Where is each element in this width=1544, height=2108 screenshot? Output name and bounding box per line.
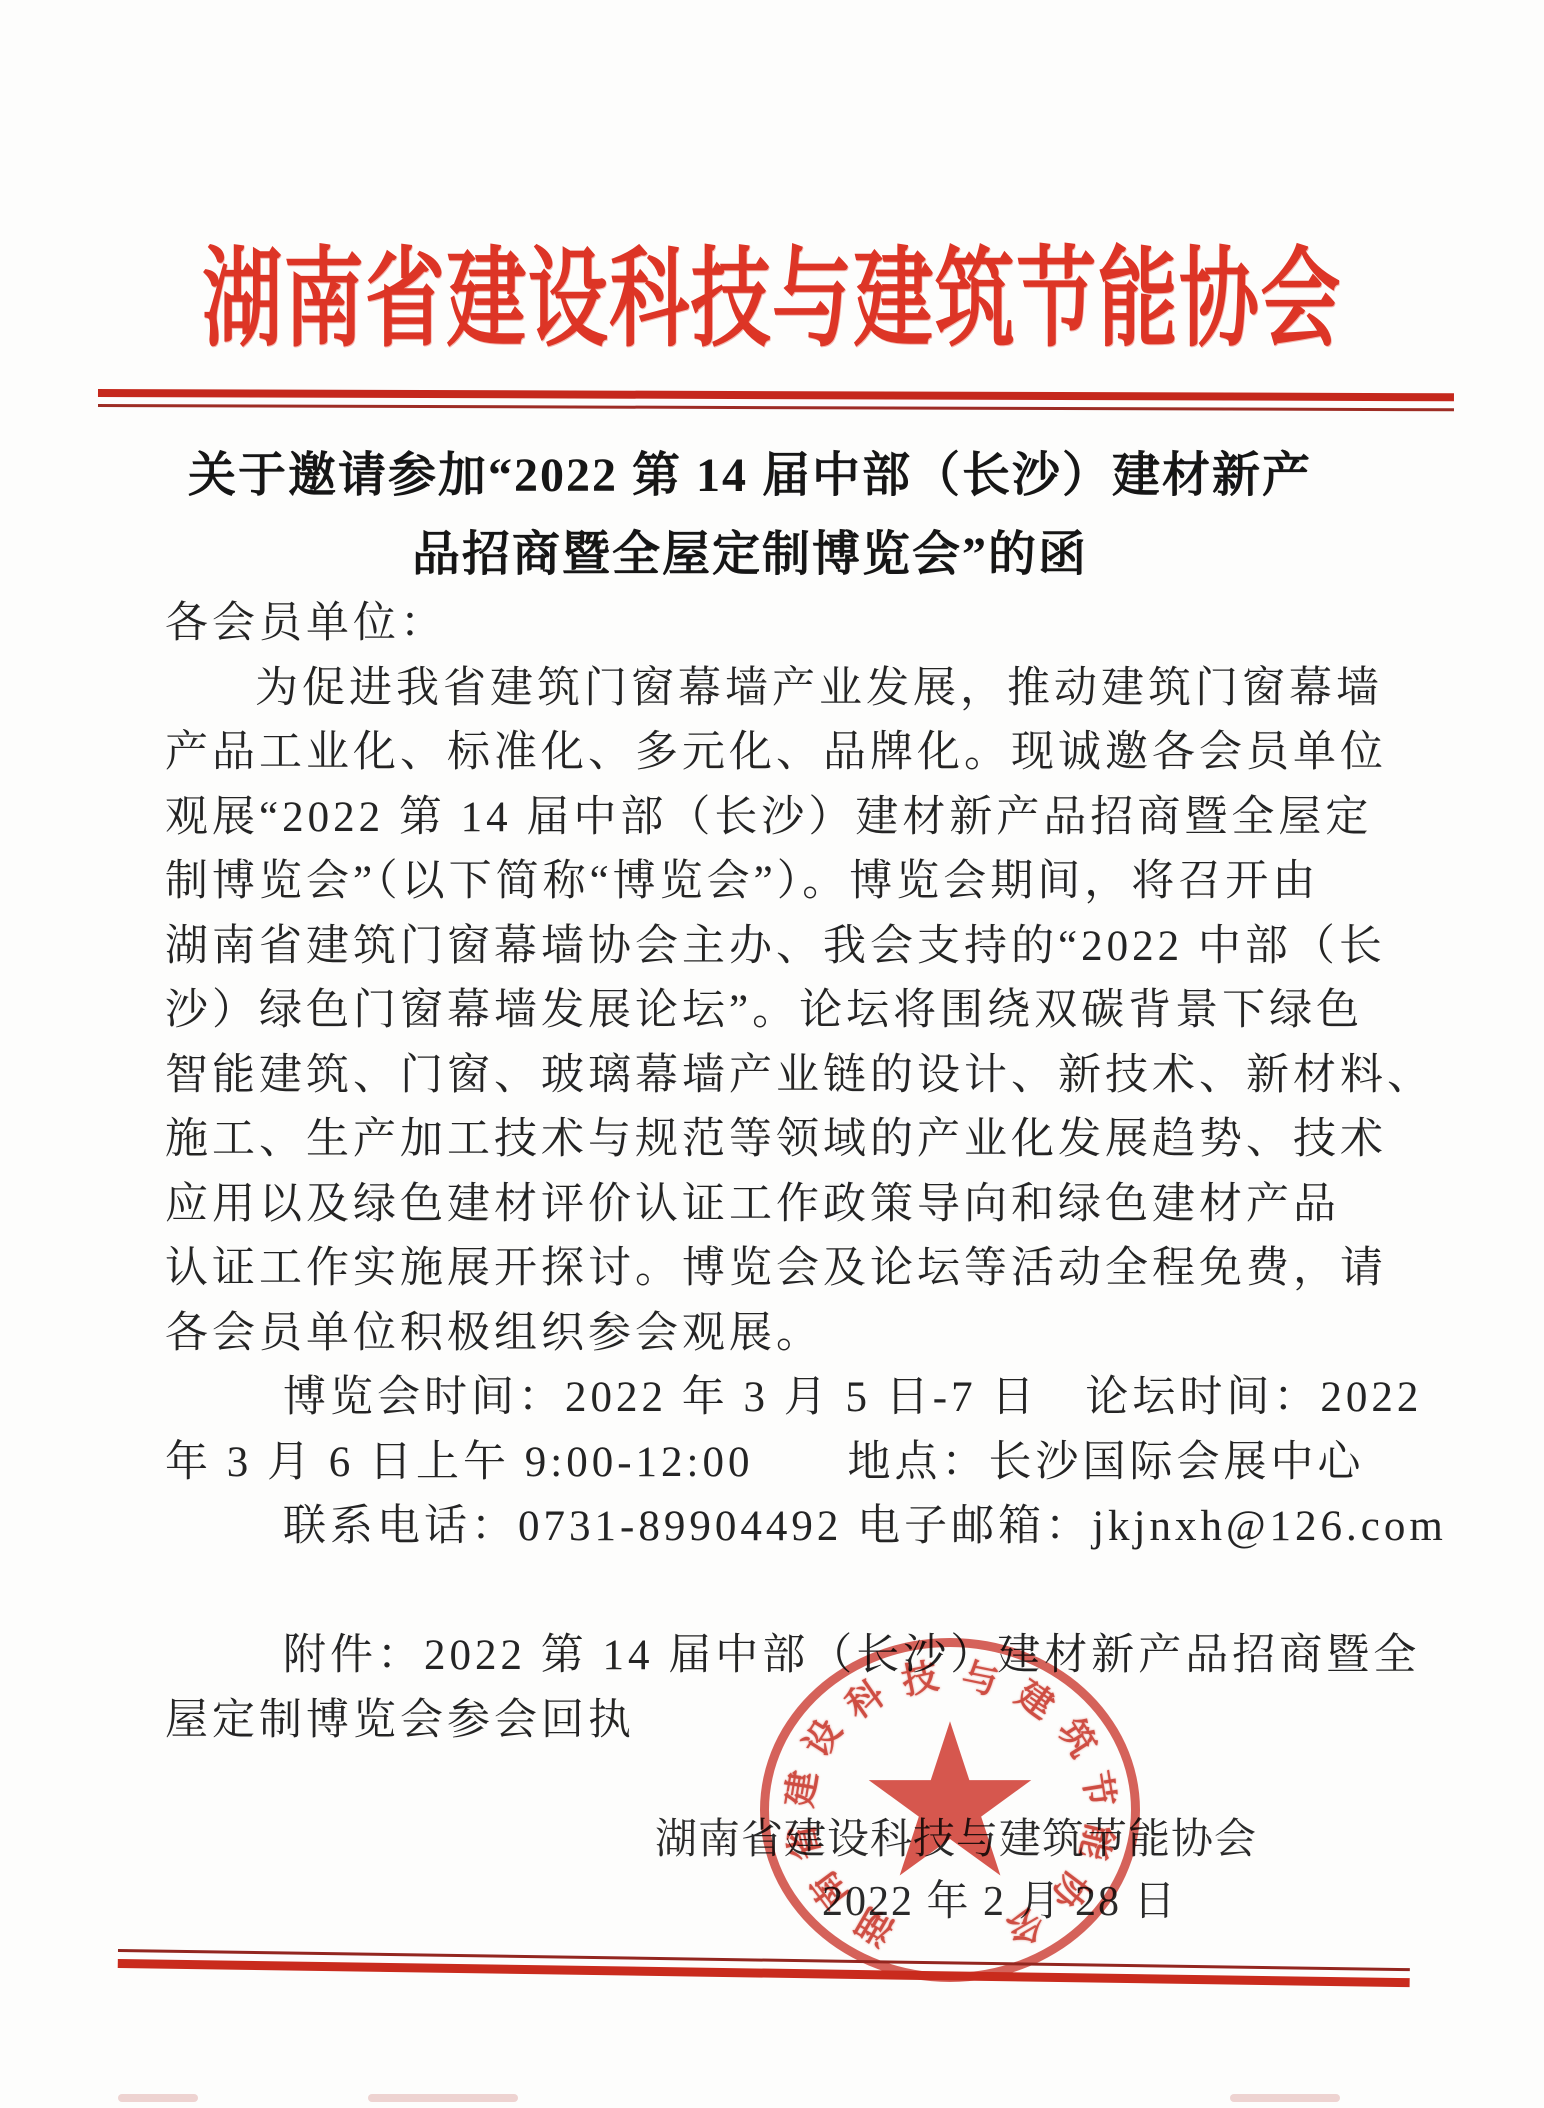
- body-line: 施工、生产加工技术与规范等领域的产业化发展趋势、技术: [165, 1108, 1380, 1173]
- scan-artifact: [368, 2094, 518, 2102]
- document-title-line1: 关于邀请参加“2022 第 14 届中部（长沙）建材新产: [0, 436, 1500, 515]
- scan-artifact: [1230, 2094, 1340, 2102]
- letterhead-rule-thin: [98, 404, 1454, 411]
- body-line: 智能建筑、门窗、玻璃幕墙产业链的设计、新技术、新材料、: [165, 1044, 1380, 1109]
- salutation: 各会员单位：: [165, 592, 1380, 657]
- star-icon: ★: [855, 1696, 1045, 1908]
- body-line: 湖南省建筑门窗幕墙协会主办、我会支持的“2022 中部（长: [165, 915, 1380, 980]
- footer-rule: [118, 1949, 1410, 1987]
- body-line: 应用以及绿色建材评价认证工作政策导向和绿色建材产品: [165, 1173, 1380, 1238]
- contact-line: 联系电话：0731-89904492 电子邮箱：jkjnxh@126.com: [165, 1495, 1380, 1560]
- letter-body: 各会员单位： 为促进我省建筑门窗幕墙产业发展，推动建筑门窗幕墙 产品工业化、标准…: [165, 592, 1380, 1753]
- document-title: 关于邀请参加“2022 第 14 届中部（长沙）建材新产 品招商暨全屋定制博览会…: [0, 436, 1500, 594]
- scan-artifact: [118, 2094, 198, 2102]
- letterhead-rule-thick: [98, 389, 1454, 401]
- forum-time-location-line: 年 3 月 6 日上午 9:00-12:00 地点：长沙国际会展中心: [165, 1431, 1380, 1496]
- letterhead-org-name: 湖南省建设科技与建筑节能协会: [201, 236, 1344, 366]
- body-line: 产品工业化、标准化、多元化、品牌化。现诚邀各会员单位: [165, 721, 1380, 786]
- body-line: 各会员单位积极组织参会观展。: [165, 1302, 1380, 1367]
- body-line: 沙）绿色门窗幕墙发展论坛”。论坛将围绕双碳背景下绿色: [165, 979, 1380, 1044]
- document-page: 湖南省建设科技与建筑节能协会 关于邀请参加“2022 第 14 届中部（长沙）建…: [0, 0, 1544, 2108]
- body-line: 为促进我省建筑门窗幕墙产业发展，推动建筑门窗幕墙: [165, 657, 1380, 722]
- document-title-line2: 品招商暨全屋定制博览会”的函: [0, 515, 1500, 594]
- body-line: 观展“2022 第 14 届中部（长沙）建材新产品招商暨全屋定: [165, 786, 1380, 851]
- expo-time-line: 博览会时间：2022 年 3 月 5 日-7 日 论坛时间：2022: [165, 1366, 1380, 1431]
- body-line: 制博览会”（以下简称“博览会”）。博览会期间，将召开由: [165, 850, 1380, 915]
- footer-rule-thick: [118, 1959, 1410, 1987]
- official-seal-stamp: 湖南省建设科技与建筑节能协会 ★: [760, 1638, 1140, 1982]
- body-line: 认证工作实施展开探讨。博览会及论坛等活动全程免费，请: [165, 1237, 1380, 1302]
- blank-line: [165, 1560, 1380, 1625]
